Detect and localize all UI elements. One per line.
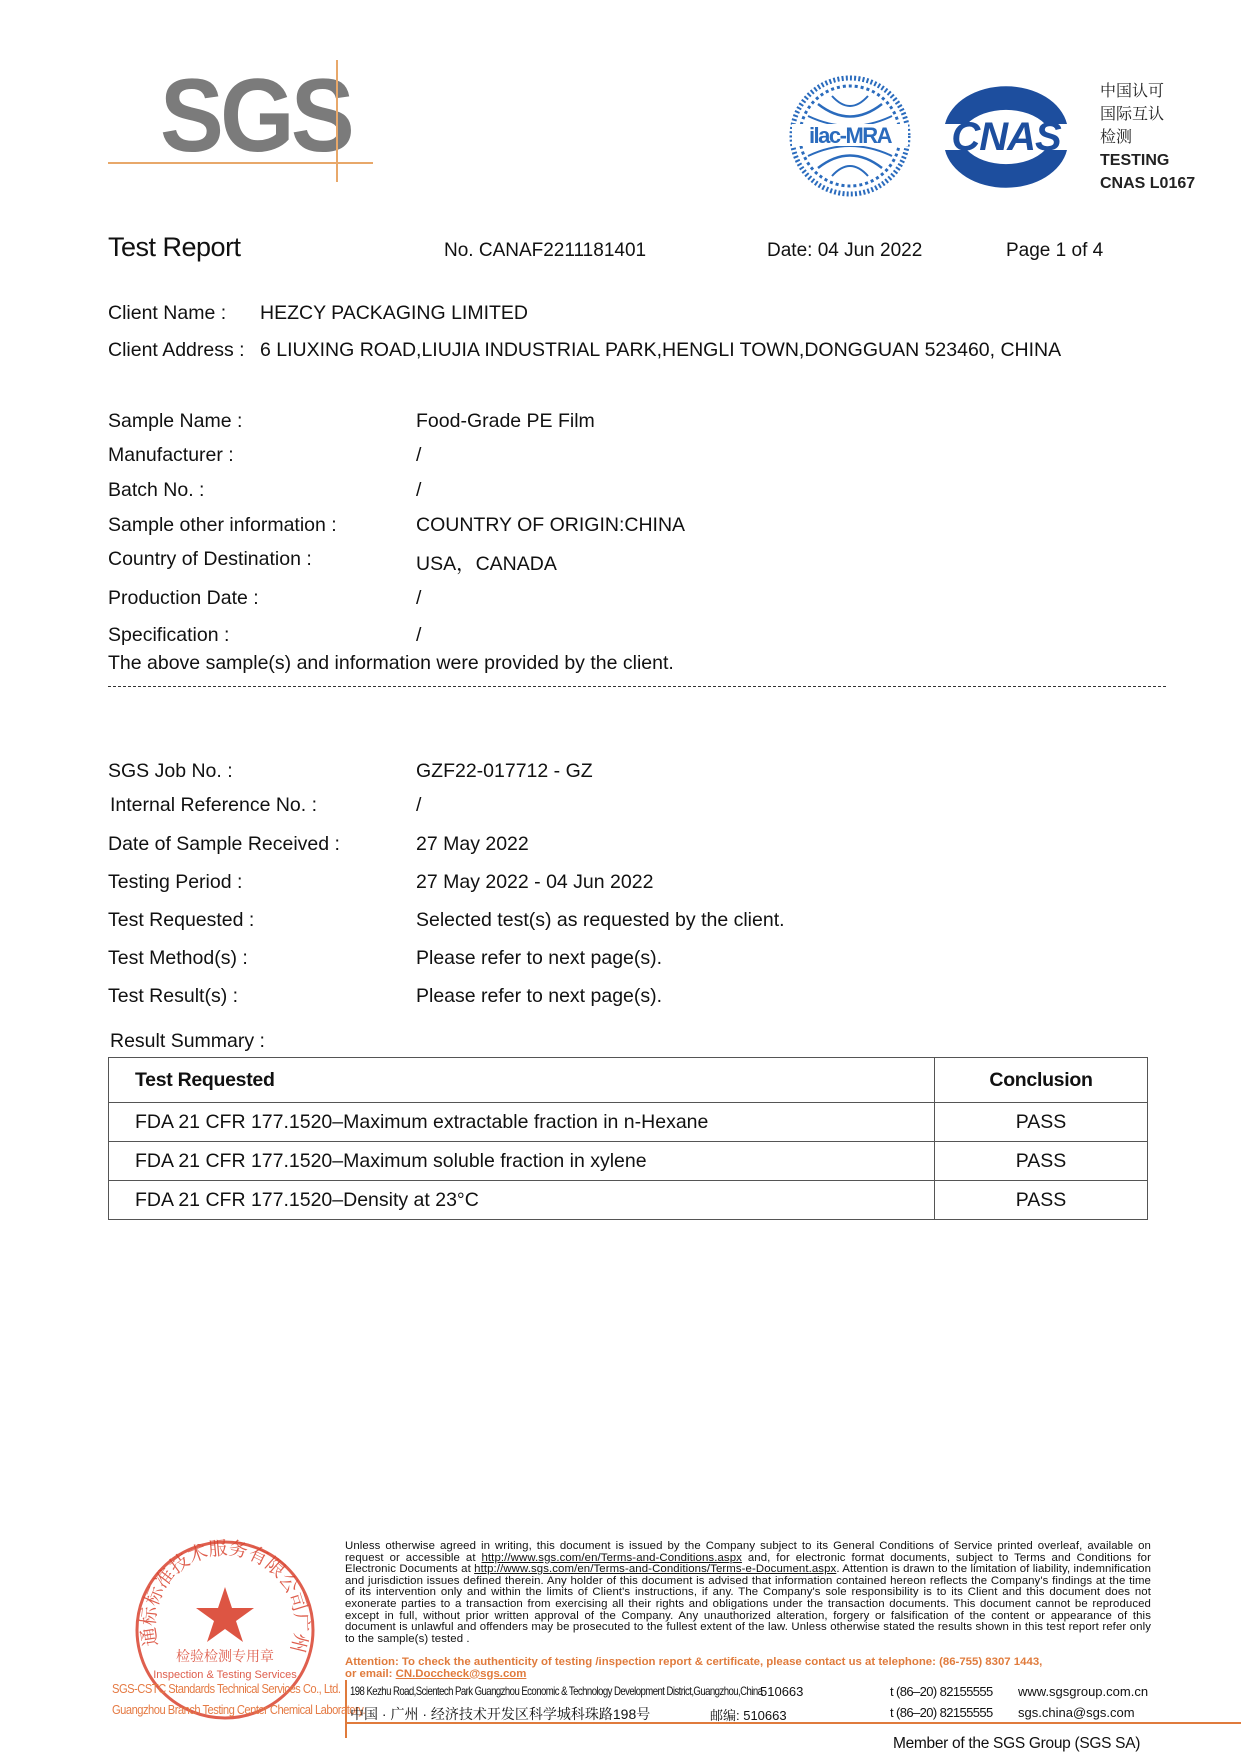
cnas-logo: CNAS bbox=[935, 80, 1077, 192]
specification-value: / bbox=[416, 624, 421, 647]
sgs-logo-hline bbox=[108, 162, 373, 164]
sgs-logo: SGS bbox=[108, 60, 373, 170]
sample-other-info-label: Sample other information : bbox=[108, 514, 337, 537]
cnas-text-line: TESTING bbox=[1100, 149, 1195, 172]
cnas-text-line: 国际互认 bbox=[1100, 103, 1195, 126]
destination-label: Country of Destination : bbox=[108, 548, 312, 571]
testing-period-label: Testing Period : bbox=[108, 871, 242, 894]
client-address-label: Client Address : bbox=[108, 339, 245, 362]
client-name-label: Client Name : bbox=[108, 302, 226, 325]
star-icon bbox=[196, 1587, 254, 1642]
result-summary-table: Test Requested Conclusion FDA 21 CFR 177… bbox=[108, 1057, 1148, 1220]
manufacturer-label: Manufacturer : bbox=[108, 444, 234, 467]
table-row: FDA 21 CFR 177.1520–Maximum extractable … bbox=[109, 1103, 1148, 1142]
batch-no-value: / bbox=[416, 479, 421, 502]
table-row: FDA 21 CFR 177.1520–Maximum soluble frac… bbox=[109, 1142, 1148, 1181]
page-title: Test Report bbox=[108, 232, 241, 263]
testing-period-value: 27 May 2022 - 04 Jun 2022 bbox=[416, 871, 653, 894]
test-requested-label: Test Requested : bbox=[108, 909, 254, 932]
date-received-value: 27 May 2022 bbox=[416, 833, 529, 856]
page-indicator: Page 1 of 4 bbox=[1006, 240, 1103, 262]
destination-value: USA，CANADA bbox=[416, 548, 557, 576]
job-no-label: SGS Job No. : bbox=[108, 760, 233, 783]
sample-name-label: Sample Name : bbox=[108, 410, 242, 433]
e-document-terms-link[interactable]: http://www.sgs.com/en/Terms-and-Conditio… bbox=[474, 1563, 836, 1575]
client-address: 6 LIUXING ROAD,LIUJIA INDUSTRIAL PARK,HE… bbox=[260, 339, 1061, 362]
cnas-text-line: 中国认可 bbox=[1100, 80, 1195, 103]
ilac-mra-logo: ilac-MRA bbox=[788, 74, 912, 198]
svg-text:ilac-MRA: ilac-MRA bbox=[809, 123, 893, 148]
internal-ref-value: / bbox=[416, 794, 421, 817]
test-name-cell: FDA 21 CFR 177.1520–Density at 23°C bbox=[109, 1181, 935, 1220]
footer-telephone-1: t (86–20) 82155555 bbox=[890, 1684, 993, 1699]
terms-link[interactable]: http://www.sgs.com/en/Terms-and-Conditio… bbox=[481, 1552, 741, 1564]
table-row: FDA 21 CFR 177.1520–Density at 23°C PASS bbox=[109, 1181, 1148, 1220]
footer-website-link[interactable]: www.sgsgroup.com.cn bbox=[1018, 1684, 1148, 1699]
svg-text:通标标准技术服务有限公司广州分公司: 通标标准技术服务有限公司广州分公司 bbox=[130, 1535, 312, 1655]
svg-text:检验检测专用章: 检验检测专用章 bbox=[176, 1648, 274, 1665]
footer-postcode-en: 510663 bbox=[760, 1684, 803, 1699]
test-name-cell: FDA 21 CFR 177.1520–Maximum extractable … bbox=[109, 1103, 935, 1142]
test-results-value: Please refer to next page(s). bbox=[416, 985, 662, 1008]
column-header-conclusion: Conclusion bbox=[935, 1058, 1148, 1103]
sample-other-info-value: COUNTRY OF ORIGIN:CHINA bbox=[416, 514, 685, 537]
report-number: No. CANAF2211181401 bbox=[444, 240, 646, 262]
test-requested-value: Selected test(s) as requested by the cli… bbox=[416, 909, 785, 932]
cnas-accreditation-number: CNAS L0167 bbox=[1100, 172, 1195, 195]
stamp-line: SGS-CSTC Standards Technical Services Co… bbox=[112, 1678, 365, 1699]
date-received-label: Date of Sample Received : bbox=[108, 833, 340, 856]
svg-text:CNAS: CNAS bbox=[951, 115, 1062, 159]
footer-email-link[interactable]: sgs.china@sgs.com bbox=[1018, 1705, 1135, 1720]
table-header-row: Test Requested Conclusion bbox=[109, 1058, 1148, 1103]
test-name-cell: FDA 21 CFR 177.1520–Maximum soluble frac… bbox=[109, 1142, 935, 1181]
column-header-test: Test Requested bbox=[109, 1058, 935, 1103]
stamp-company-text: SGS-CSTC Standards Technical Services Co… bbox=[112, 1678, 365, 1720]
report-date: Date: 04 Jun 2022 bbox=[767, 240, 922, 262]
sgs-logo-vline bbox=[336, 60, 338, 182]
job-no-value: GZF22-017712 - GZ bbox=[416, 760, 593, 783]
manufacturer-value: / bbox=[416, 444, 421, 467]
test-methods-value: Please refer to next page(s). bbox=[416, 947, 662, 970]
conclusion-cell: PASS bbox=[935, 1103, 1148, 1142]
test-methods-label: Test Method(s) : bbox=[108, 947, 248, 970]
sample-note: The above sample(s) and information were… bbox=[108, 652, 674, 675]
doccheck-email-link[interactable]: CN.Doccheck@sgs.com bbox=[396, 1668, 527, 1680]
legal-disclaimer: Unless otherwise agreed in writing, this… bbox=[345, 1541, 1151, 1645]
production-date-label: Production Date : bbox=[108, 587, 259, 610]
sgs-logo-text: SGS bbox=[160, 64, 351, 168]
footer-vertical-rule bbox=[345, 1680, 347, 1738]
footer-address-en: 198 Kezhu Road,Scientech Park Guangzhou … bbox=[350, 1684, 762, 1698]
specification-label: Specification : bbox=[108, 624, 229, 647]
sgs-group-membership: Member of the SGS Group (SGS SA) bbox=[893, 1735, 1140, 1753]
client-name: HEZCY PACKAGING LIMITED bbox=[260, 302, 528, 325]
authenticity-notice: Attention: To check the authenticity of … bbox=[345, 1657, 1151, 1680]
result-summary-label: Result Summary : bbox=[110, 1030, 265, 1053]
cnas-accreditation-text: 中国认可 国际互认 检测 TESTING CNAS L0167 bbox=[1100, 80, 1195, 195]
dashed-divider bbox=[108, 686, 1166, 687]
footer-horizontal-rule bbox=[345, 1722, 1241, 1724]
production-date-value: / bbox=[416, 587, 421, 610]
test-results-label: Test Result(s) : bbox=[108, 985, 238, 1008]
internal-ref-label: Internal Reference No. : bbox=[110, 794, 317, 817]
footer-telephone-2: t (86–20) 82155555 bbox=[890, 1705, 993, 1720]
batch-no-label: Batch No. : bbox=[108, 479, 204, 502]
sample-name-value: Food-Grade PE Film bbox=[416, 410, 595, 433]
stamp-line: Guangzhou Branch Testing Center Chemical… bbox=[112, 1699, 365, 1720]
footer-address-cn: 中国 · 广州 · 经济技术开发区科学城科珠路198号 bbox=[350, 1704, 650, 1724]
conclusion-cell: PASS bbox=[935, 1142, 1148, 1181]
cnas-text-line: 检测 bbox=[1100, 126, 1195, 149]
conclusion-cell: PASS bbox=[935, 1181, 1148, 1220]
